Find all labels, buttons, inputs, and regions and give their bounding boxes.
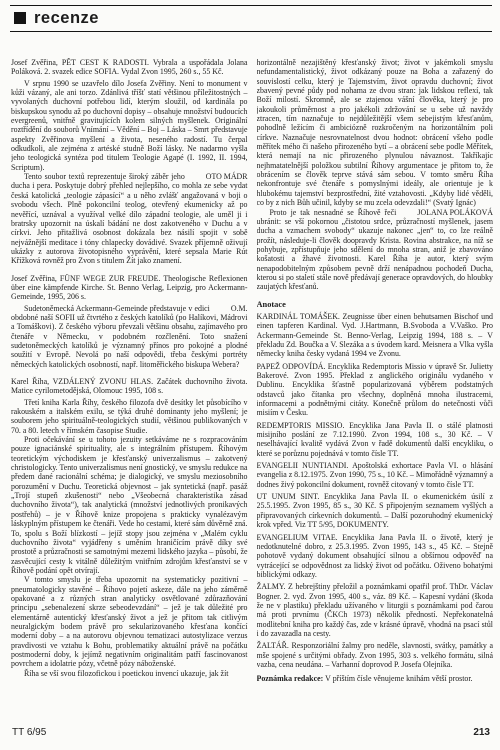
annotation-item: REDEMPTORIS MISSIO. Encyklika Jana Pavla… [257,421,494,458]
annotation-item: PAPEŽ ODPOVÍDÁ. Encyklika Redemptoris Mi… [257,362,494,418]
annotation-item: EVANGELIUM VITAE. Encyklika Jana Pavla I… [257,533,494,580]
page-footer: TT 6/95 213 [12,727,490,738]
review-paragraph: JOLANA POLÁKOVÁProto je tak nesnadné se … [257,208,494,292]
column-right: horizontálně nezajištěný křesťanský živo… [257,58,494,706]
reviewer-signature: OTO MÁDR [185,172,248,181]
editorial-note: Poznámka redakce: V příštím čísle věnuje… [257,674,494,683]
annotation-item: EVANGELII NUNTIANDI. Apoštolská exhortac… [257,461,494,489]
page-number: 213 [473,727,490,738]
review-paragraph: Třetí kniha Karla Říhy, českého filozofa… [11,398,248,435]
journal-page: recenze Josef Zvěřina, PĚT CEST K RADOST… [0,0,500,750]
review-paragraph: V srpnu 1990 se uzavřelo dílo Josefa Zvě… [11,79,248,172]
review-paragraph: O.M.Sudetoněmecká Ackermann-Gemeinde pře… [11,304,248,369]
annotation-item: ŽALMY. Z hebrejštiny přeložil a poznámka… [257,582,494,638]
reviewer-signature: O.M. [210,304,248,313]
review-paragraph: Proti očekávání se u tohoto jezuity setk… [11,435,248,575]
annotations-heading: Anotace [257,300,494,309]
annotation-item: ŽALTÁŘ. Responzoriální žalmy pro neděle,… [257,641,494,669]
review-paragraph: V tomto smyslu je třeba upozornit na sys… [11,575,248,668]
masthead-bottom-rule [10,31,492,32]
book-citation: Josef Zvěřina, FÜNF WEGE ZUR FREUDE. The… [11,274,248,302]
journal-issue-label: TT 6/95 [12,727,46,738]
review-paragraph: Říha se vší svou filozofickou i poeticko… [11,669,248,678]
annotation-item: UT UNUM SINT. Encyklika Jana Pavla II. o… [257,492,494,529]
note-lead: Poznámka redakce: [257,674,326,683]
reviewer-signature: JOLANA POLÁKOVÁ [396,208,493,217]
review-paragraph: OTO MÁDRTento soubor textů reprezentuje … [11,172,248,265]
book-citation: Karel Říha, VZDÁLENÝ ZVONU HLAS. Začátek… [11,377,248,396]
text-columns: Josef Zvěřina, PĚT CEST K RADOSTI. Vybra… [11,58,493,706]
masthead: recenze [10,5,492,32]
square-bullet-icon [14,12,26,24]
book-citation: Josef Zvěřina, PĚT CEST K RADOSTI. Vybra… [11,58,248,77]
annotation-item: KARDINÁL TOMÁŠEK. Zeugnisse über einen b… [257,312,494,359]
review-paragraph: horizontálně nezajištěný křesťanský živo… [257,58,494,208]
column-left: Josef Zvěřina, PĚT CEST K RADOSTI. Vybra… [11,58,248,706]
page-title: recenze [34,10,99,27]
